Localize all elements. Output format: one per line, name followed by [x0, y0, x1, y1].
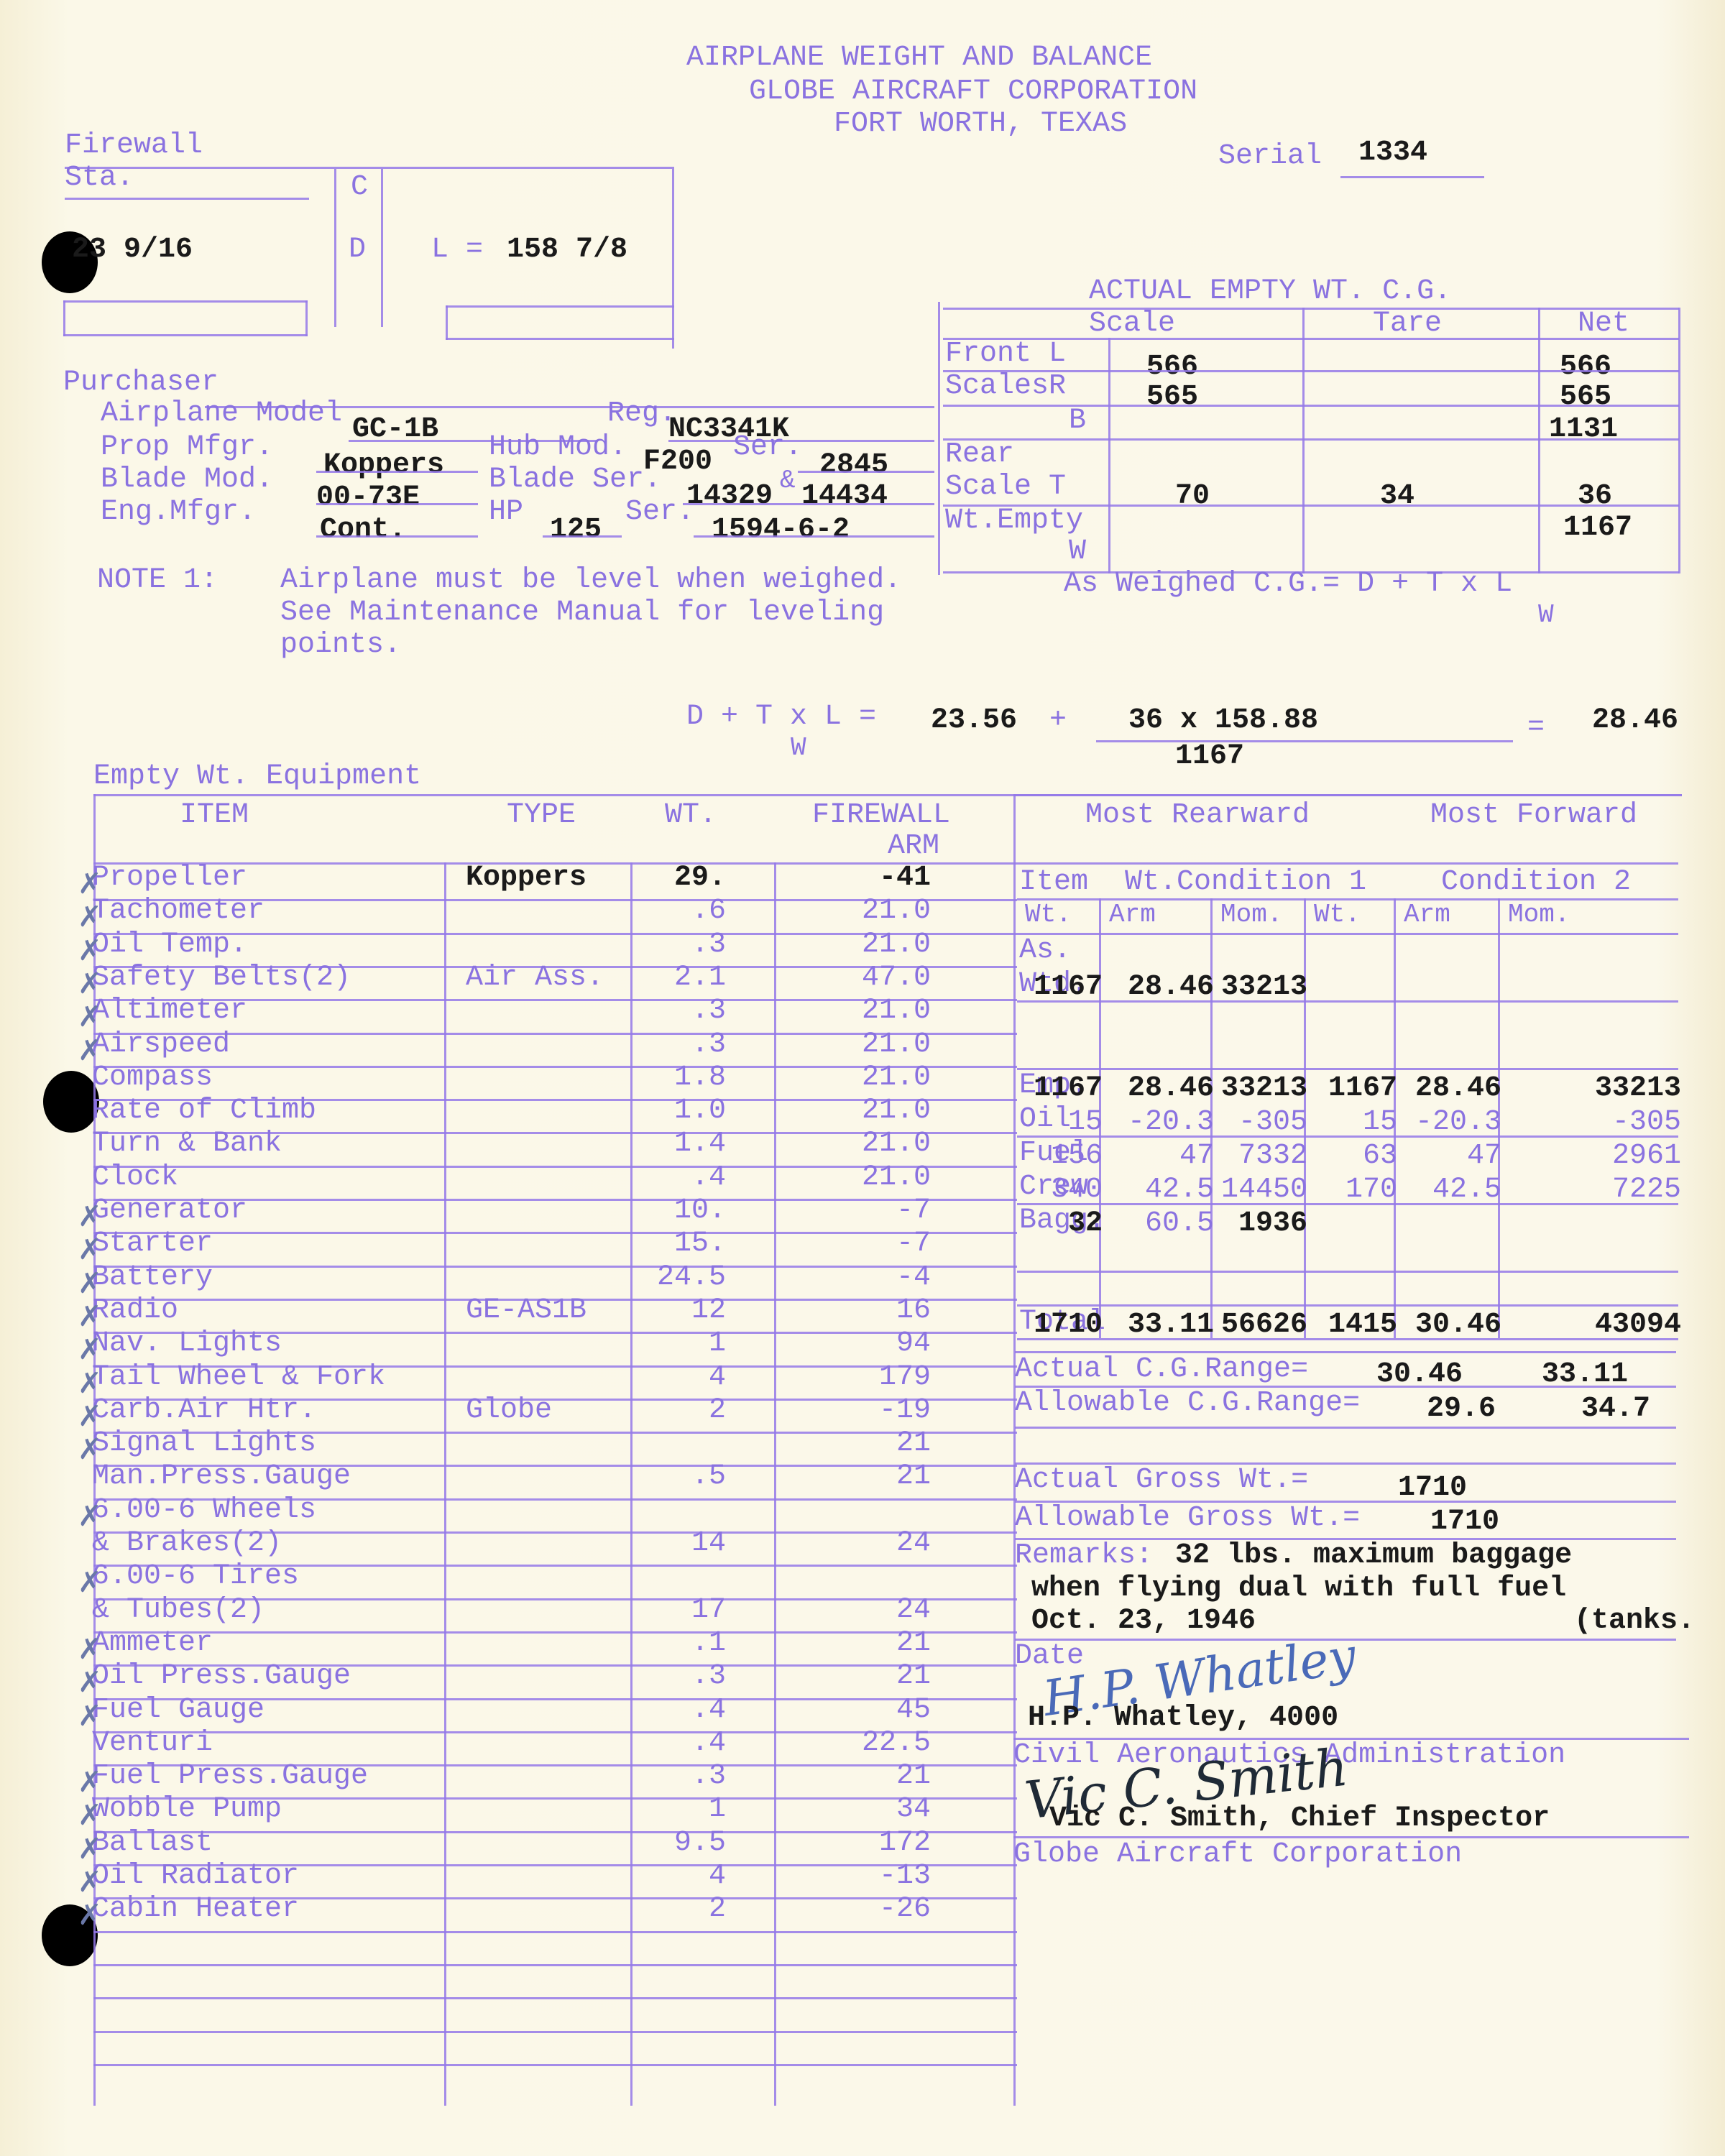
arm-column-divider: [774, 862, 776, 2106]
actual-cg-range-label: Actual C.G.Range=: [1015, 1353, 1308, 1386]
allowable-cg-max: 34.7: [1581, 1393, 1650, 1425]
equipment-right-border: [1013, 794, 1016, 2106]
calc-denominator: 1167: [1175, 740, 1244, 773]
equipment-item-weight: .4: [691, 1727, 726, 1759]
actual-gross-label: Actual Gross Wt.=: [1015, 1464, 1308, 1496]
row-rule: [1017, 933, 1678, 935]
loading-subheader: Mom.: [1220, 900, 1282, 929]
equipment-item-name: Oil Radiator: [92, 1860, 299, 1892]
row-rule: [93, 2031, 1017, 2033]
d-box-bottom: [63, 334, 308, 336]
equipment-item-arm: -19: [879, 1394, 931, 1427]
d-box-right: [381, 169, 383, 327]
col-net: Net: [1578, 308, 1629, 340]
row-rule: [1017, 1000, 1678, 1003]
loading-cell: 1936: [1238, 1207, 1307, 1240]
loading-cell: 7225: [1612, 1174, 1681, 1206]
empty-cg-top-rule: [943, 308, 1679, 310]
hub-ser-rule: [798, 471, 934, 473]
remarks-tail: (tanks.: [1574, 1605, 1695, 1637]
equipment-item-name: Clock: [92, 1161, 178, 1194]
row-rule: [93, 2064, 1017, 2066]
equipment-item-arm: 21.0: [862, 895, 931, 927]
equipment-item-weight: .1: [691, 1627, 726, 1659]
equipment-item-name: Fuel Gauge: [92, 1694, 264, 1726]
document-title: AIRPLANE WEIGHT AND BALANCE: [686, 42, 1152, 74]
allowable-gross-value: 1710: [1430, 1506, 1499, 1538]
company-location: FORT WORTH, TEXAS: [834, 108, 1127, 140]
hub-ser-label: Ser.: [733, 431, 802, 464]
equipment-item-weight: 1: [709, 1327, 726, 1360]
row-rule: [1017, 1203, 1678, 1205]
col-scale: Scale: [1089, 308, 1175, 340]
equipment-item-arm: -4: [896, 1261, 931, 1294]
equipment-item-arm: 21.0: [862, 1028, 931, 1061]
equipment-item-name: 6.00-6 Tires: [92, 1560, 299, 1593]
remarks-line-2: when flying dual with full fuel: [1031, 1572, 1566, 1605]
equipment-item-arm: 94: [896, 1327, 931, 1360]
loading-cell: 14450: [1221, 1174, 1307, 1206]
equipment-item-arm: 21: [896, 1427, 931, 1460]
equipment-item-weight: .3: [691, 995, 726, 1027]
row-rule: [93, 1232, 1017, 1234]
d-box-edge: [63, 300, 65, 336]
remarks-line-1: 32 lbs. maximum baggage: [1175, 1539, 1572, 1572]
header-wt: WT.: [665, 799, 717, 831]
wt-column-divider: [630, 862, 632, 2106]
row-rule: [943, 438, 1679, 441]
punch-hole: [43, 1071, 99, 1133]
loading-cell: 56626: [1221, 1309, 1307, 1341]
equipment-item-arm: 172: [879, 1827, 931, 1859]
loading-row-label: Oil: [1019, 1103, 1071, 1135]
row-rule: [943, 405, 1679, 407]
equipment-item-weight: .4: [691, 1161, 726, 1194]
remarks-date: Oct. 23, 1946: [1031, 1605, 1256, 1637]
serial-label: Serial: [1218, 140, 1322, 172]
l-box-edge: [446, 305, 448, 340]
equipment-item-name: Altimeter: [92, 995, 247, 1027]
equipment-item-name: Man.Press.Gauge: [92, 1460, 351, 1493]
d-value: 23 9/16: [72, 234, 193, 266]
row-rule: [93, 1931, 1017, 1933]
equipment-item-type: Air Ass.: [466, 962, 604, 994]
equipment-item-weight: .3: [691, 1760, 726, 1792]
equipment-item-name: Venturi: [92, 1727, 213, 1759]
calc-d-value: 23.56: [931, 704, 1017, 737]
d-box-left: [334, 169, 336, 327]
equipment-item-weight: 29.: [674, 862, 726, 894]
equipment-item-name: Safety Belts(2): [92, 962, 351, 994]
c-label: C: [351, 171, 368, 203]
calc-numerator: 36 x 158.88: [1128, 704, 1318, 737]
eng-rule: [316, 535, 478, 538]
airplane-model-label: Airplane Model: [101, 397, 342, 430]
loading-cell: 33213: [1221, 1072, 1307, 1105]
loading-cell: 28.46: [1128, 1072, 1214, 1105]
loading-cell: 32: [1068, 1207, 1103, 1240]
equipment-item-arm: -7: [896, 1227, 931, 1260]
equipment-item-arm: 21.0: [862, 1061, 931, 1094]
blade-ser-value-2: 14434: [801, 480, 888, 512]
loading-row-label: As.: [1019, 934, 1071, 967]
loading-cell: 33213: [1595, 1072, 1681, 1105]
as-weighed-formula: As Weighed C.G.= D + T x L: [1064, 568, 1512, 600]
d-box-bottom-top: [63, 300, 308, 303]
loading-top-rule: [1013, 794, 1682, 796]
equipment-item-weight: .3: [691, 929, 726, 961]
hp-label: HP: [489, 496, 523, 528]
loading-cell: 28.46: [1415, 1072, 1501, 1105]
blade-mod-value: 00-73E: [316, 482, 420, 514]
equipment-item-name: Fuel Press.Gauge: [92, 1760, 368, 1792]
equipment-item-name: 6.00-6 Wheels: [92, 1494, 316, 1526]
company-name: GLOBE AIRCRAFT CORPORATION: [749, 75, 1197, 108]
equipment-item-weight: .6: [691, 895, 726, 927]
prop-mfgr-label: Prop Mfgr.: [101, 431, 273, 464]
equipment-item-weight: 9.5: [674, 1827, 726, 1859]
note-line-3: points.: [280, 629, 401, 661]
equipment-item-arm: 34: [896, 1793, 931, 1825]
header-type: TYPE: [507, 799, 576, 831]
empty-cg-title: ACTUAL EMPTY WT. C.G.: [1089, 275, 1451, 308]
header-arm-1: FIREWALL: [812, 799, 950, 831]
most-rearward-label: Most Rearward: [1085, 799, 1310, 831]
equipment-item-weight: 17: [691, 1594, 726, 1626]
equipment-title: Empty Wt. Equipment: [93, 760, 421, 793]
equipment-item-name: Battery: [92, 1261, 213, 1294]
equipment-item-name: Generator: [92, 1194, 247, 1227]
firewall-top-rule: [65, 167, 674, 169]
equipment-item-weight: 2: [709, 1893, 726, 1925]
equipment-item-arm: 21.0: [862, 929, 931, 961]
calc-equals: =: [1527, 711, 1545, 744]
equipment-item-arm: 21: [896, 1627, 931, 1659]
prop-rule: [316, 471, 478, 473]
hp-rule: [543, 535, 622, 538]
loading-cell: -305: [1612, 1106, 1681, 1138]
equipment-item-arm: -41: [879, 862, 931, 894]
header-item: ITEM: [180, 799, 249, 831]
equipment-item-arm: -26: [879, 1893, 931, 1925]
row-rule: [1017, 1304, 1678, 1307]
equipment-item-weight: 4: [709, 1361, 726, 1393]
equipment-item-name: & Brakes(2): [92, 1527, 282, 1560]
loading-cell: 156: [1051, 1140, 1103, 1172]
loading-cell: -305: [1238, 1106, 1307, 1138]
loading-cell: 47: [1179, 1140, 1214, 1172]
as-weighed-denominator: W: [1538, 600, 1554, 630]
calc-fraction-bar: [1096, 740, 1513, 742]
note-line-2: See Maintenance Manual for leveling: [280, 596, 884, 629]
loading-subheader: Wt.: [1025, 900, 1072, 929]
equipment-item-weight: 4: [709, 1860, 726, 1892]
reg-label: Reg.: [607, 397, 676, 430]
equipment-item-weight: 2: [709, 1394, 726, 1427]
loading-bottom-rule: [1017, 1338, 1678, 1340]
equipment-item-arm: -7: [896, 1194, 931, 1227]
d-box-edge: [305, 300, 308, 336]
equipment-item-arm: 22.5: [862, 1727, 931, 1759]
equipment-item-name: Signal Lights: [92, 1427, 316, 1460]
wt-empty-net: 1167: [1563, 512, 1632, 544]
col-tare: Tare: [1373, 308, 1442, 340]
empty-cg-divider: [1108, 338, 1110, 573]
condition-1-label: Wt.Condition 1: [1125, 866, 1366, 898]
equipment-item-weight: 1.4: [674, 1128, 726, 1160]
equipment-item-name: Tail Wheel & Fork: [92, 1361, 385, 1393]
header-arm-2: ARM: [888, 830, 939, 862]
calc-plus: +: [1049, 704, 1067, 737]
rear-tare: 34: [1380, 480, 1414, 512]
b-net: 1131: [1549, 413, 1618, 446]
equipment-item-name: Oil Temp.: [92, 929, 247, 961]
loading-cell: 1415: [1328, 1309, 1397, 1341]
serial-underline: [1340, 176, 1484, 178]
eng-mfgr-label: Eng.Mfgr.: [101, 496, 256, 528]
loading-cell: 15: [1068, 1106, 1103, 1138]
equipment-item-name: Cabin Heater: [92, 1893, 299, 1925]
loading-cell: 1710: [1034, 1309, 1103, 1341]
equipment-item-weight: 1.8: [674, 1061, 726, 1094]
equipment-item-name: Nav. Lights: [92, 1327, 282, 1360]
eng-ser-rule: [694, 535, 934, 538]
note-label: NOTE 1:: [97, 564, 218, 596]
equipment-item-arm: 24: [896, 1594, 931, 1626]
equipment-item-arm: 21: [896, 1760, 931, 1792]
blade-mod-rule: [316, 503, 478, 505]
loading-cell: -20.3: [1415, 1106, 1501, 1138]
equipment-item-name: Compass: [92, 1061, 213, 1094]
equipment-item-weight: .5: [691, 1460, 726, 1493]
allowable-cg-min: 29.6: [1427, 1393, 1496, 1425]
loading-subheader: Arm: [1109, 900, 1156, 929]
row-label: Wt.Empty: [945, 505, 1083, 537]
hub-ser-value: 2845: [819, 449, 888, 482]
loading-cell: 42.5: [1432, 1174, 1501, 1206]
equipment-item-arm: -13: [879, 1860, 931, 1892]
equipment-item-weight: 12: [691, 1294, 726, 1327]
eng-ser-value: 1594-6-2: [712, 514, 850, 546]
equipment-item-name: Ammeter: [92, 1627, 213, 1659]
row-label: Scale T: [945, 471, 1066, 503]
equipment-item-name: Radio: [92, 1294, 178, 1327]
row-rule: [1017, 1271, 1678, 1273]
empty-cg-divider: [1538, 308, 1540, 573]
loading-subheader: Mom.: [1508, 900, 1570, 929]
serial-number: 1334: [1358, 137, 1427, 169]
rear-scale: 70: [1175, 480, 1210, 512]
equipment-item-name: Oil Press.Gauge: [92, 1660, 351, 1692]
l-box-bottom: [446, 338, 674, 340]
equipment-item-arm: 21.0: [862, 1161, 931, 1194]
equipment-item-arm: 24: [896, 1527, 931, 1560]
cg-range-rule: [1015, 1427, 1676, 1429]
empty-cg-right: [1678, 308, 1680, 573]
loading-cell: 1167: [1034, 971, 1103, 1003]
row-rule: [93, 1631, 1017, 1634]
equipment-item-arm: 21: [896, 1660, 931, 1692]
equipment-item-arm: 45: [896, 1694, 931, 1726]
row-label: ScalesR: [945, 370, 1066, 402]
eng-mfgr-value: Cont.: [320, 514, 406, 546]
blade-ser-label: Blade Ser.: [489, 464, 661, 496]
l-box-bottom-top: [446, 305, 674, 308]
loading-cell: 30.46: [1415, 1309, 1501, 1341]
blade-mod-label: Blade Mod.: [101, 464, 273, 496]
scales-r-net: 565: [1560, 381, 1611, 413]
signer-2-name: Vic C. Smith, Chief Inspector: [1049, 1802, 1550, 1835]
calc-formula: D + T x L =: [686, 701, 876, 733]
loading-cell: 7332: [1238, 1140, 1307, 1172]
equipment-item-weight: 10.: [674, 1194, 726, 1227]
loading-cell: 170: [1345, 1174, 1397, 1206]
equipment-item-arm: 179: [879, 1361, 931, 1393]
allowable-cg-range-label: Allowable C.G.Range=: [1015, 1387, 1360, 1419]
loading-header-rule: [1017, 862, 1678, 865]
equipment-item-weight: 2.1: [674, 962, 726, 994]
loading-cell: 42.5: [1145, 1174, 1214, 1206]
row-label: W: [1069, 535, 1086, 568]
loading-subheader: Arm: [1404, 900, 1450, 929]
hp-value: 125: [550, 514, 602, 546]
condition-2-label: Condition 2: [1441, 866, 1631, 898]
loading-cell: 43094: [1595, 1309, 1681, 1341]
prop-mfgr-value: Koppers: [323, 449, 444, 482]
blade-ser-ampersand: &: [780, 466, 796, 495]
row-label: B: [1069, 405, 1086, 437]
loading-cell: 2961: [1612, 1140, 1681, 1172]
row-rule: [93, 1266, 1017, 1268]
note-line-1: Airplane must be level when weighed.: [280, 564, 901, 596]
row-rule: [1017, 1135, 1678, 1138]
equipment-item-arm: 21.0: [862, 1128, 931, 1160]
station-label: Sta.: [65, 162, 134, 194]
firewall-label: Firewall: [65, 129, 203, 162]
check-mark-icon: ✗: [78, 1899, 102, 1932]
row-label: Rear: [945, 438, 1014, 471]
equipment-item-type: Globe: [466, 1394, 552, 1427]
loading-cell: -20.3: [1128, 1106, 1214, 1138]
equipment-item-type: Koppers: [466, 862, 586, 894]
rear-net: 36: [1578, 480, 1612, 512]
equipment-item-weight: 1: [709, 1793, 726, 1825]
equipment-item-arm: 21: [896, 1460, 931, 1493]
equipment-item-name: Carb.Air Htr.: [92, 1394, 316, 1427]
equipment-item-name: Starter: [92, 1227, 213, 1260]
blade-ser-rule: [683, 503, 934, 505]
equipment-item-type: GE-AS1B: [466, 1294, 586, 1327]
l-label: L =: [431, 234, 483, 266]
l-value: 158 7/8: [507, 234, 627, 266]
loading-cell: 1167: [1328, 1072, 1397, 1105]
station-rule: [65, 198, 309, 200]
equipment-item-arm: 21.0: [862, 995, 931, 1027]
row-rule: [93, 1997, 1017, 1999]
equipment-item-weight: .3: [691, 1028, 726, 1061]
scales-r-scale: 565: [1146, 381, 1198, 413]
equipment-item-name: Ballast: [92, 1827, 213, 1859]
actual-gross-value: 1710: [1398, 1472, 1467, 1504]
equipment-item-arm: 16: [896, 1294, 931, 1327]
equipment-item-name: Airspeed: [92, 1028, 230, 1061]
equipment-item-arm: 21.0: [862, 1095, 931, 1127]
blade-ser-value-1: 14329: [686, 480, 773, 512]
equipment-item-name: Turn & Bank: [92, 1128, 282, 1160]
loading-cell: 33213: [1221, 971, 1307, 1003]
calc-result: 28.46: [1592, 704, 1678, 737]
equipment-item-weight: .4: [691, 1694, 726, 1726]
type-column-divider: [444, 862, 446, 2106]
loading-cell: 33.11: [1128, 1309, 1214, 1341]
equipment-item-name: Wobble Pump: [92, 1793, 282, 1825]
loading-subheader: Wt.: [1314, 900, 1361, 929]
equipment-item-arm: 47.0: [862, 962, 931, 994]
loading-item-label: Item: [1019, 866, 1088, 898]
equipment-item-weight: 1.0: [674, 1095, 726, 1127]
loading-cell: 28.46: [1128, 971, 1214, 1003]
equipment-item-name: Tachometer: [92, 895, 264, 927]
front-l-scale: 566: [1146, 351, 1198, 383]
equipment-item-name: & Tubes(2): [92, 1594, 264, 1626]
row-rule: [93, 1964, 1017, 1966]
d-label: D: [349, 234, 366, 266]
equipment-item-name: Rate of Climb: [92, 1095, 316, 1127]
loading-cell: 340: [1051, 1174, 1103, 1206]
equipment-item-weight: 15.: [674, 1227, 726, 1260]
hub-mod-label: Hub Mod.: [489, 431, 627, 464]
signer-1-name: H.P. Whatley, 4000: [1028, 1702, 1338, 1734]
loading-cell: 63: [1363, 1140, 1397, 1172]
equipment-item-weight: 24.5: [657, 1261, 726, 1294]
front-l-net: 566: [1560, 351, 1611, 383]
equipment-item-weight: 14: [691, 1527, 726, 1560]
loading-cell: 60.5: [1145, 1207, 1214, 1240]
remarks-label: Remarks:: [1015, 1539, 1153, 1572]
loading-cell: 15: [1363, 1106, 1397, 1138]
row-label: Front L: [945, 338, 1066, 370]
row-rule: [1017, 1068, 1678, 1070]
signer-2-organization: Globe Aircraft Corporation: [1013, 1838, 1462, 1871]
purchaser-label: Purchaser: [63, 367, 218, 399]
calc-formula-denominator: W: [791, 733, 806, 763]
empty-cg-divider: [1302, 308, 1305, 573]
l-box-right: [672, 169, 674, 349]
allowable-gross-label: Allowable Gross Wt.=: [1015, 1502, 1360, 1534]
most-forward-label: Most Forward: [1430, 799, 1637, 831]
equipment-item-weight: .3: [691, 1660, 726, 1692]
equipment-item-name: Propeller: [92, 862, 247, 894]
loading-cell: 1167: [1034, 1072, 1103, 1105]
eng-ser-label: Ser.: [625, 496, 694, 528]
loading-cell: 47: [1467, 1140, 1501, 1172]
empty-cg-left: [938, 302, 940, 575]
